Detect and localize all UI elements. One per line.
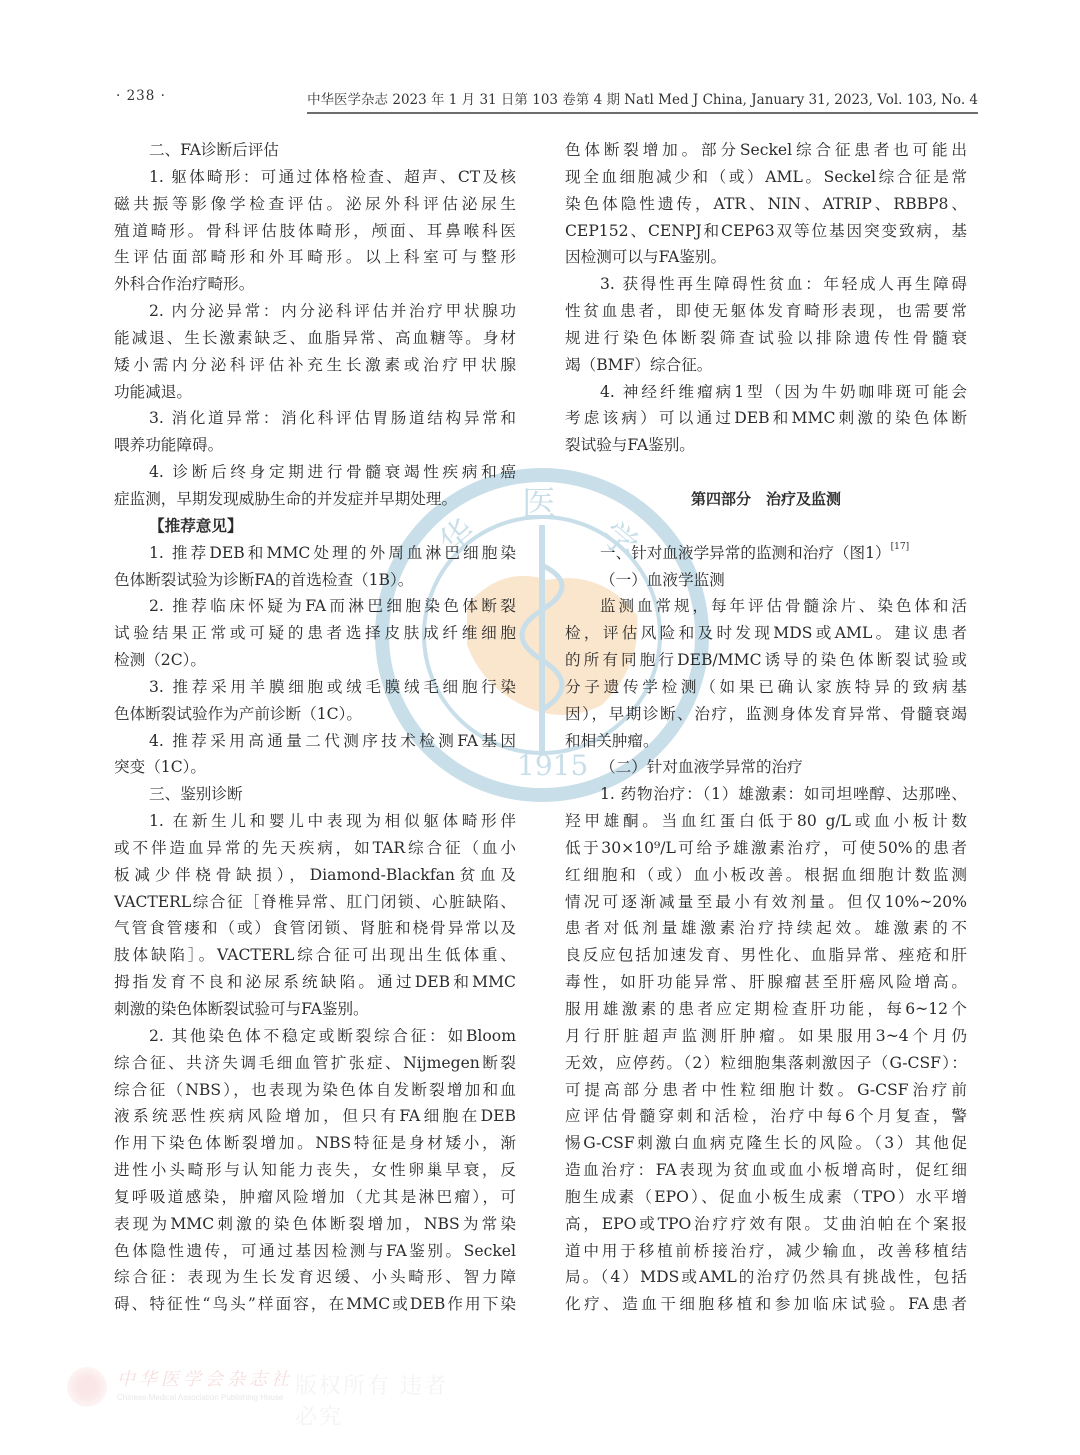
body-line: 无效，应停药。（2）粒细胞集落刺激因子（G-CSF）： (565, 1050, 967, 1077)
body-line: 2. 其他染色体不稳定或断裂综合征：如Bloom (114, 1023, 516, 1050)
body-line: 染色体隐性遗传，ATR、NIN、ATRIP、RBBP8、 (565, 191, 967, 218)
body-line: 羟甲雄酮。当血红蛋白低于80 g/L或血小板计数 (565, 808, 967, 835)
body-line: 进性小头畸形与认知能力丧失，女性卵巢早衰，反 (114, 1157, 516, 1184)
body-line: 1. 躯体畸形：可通过体格检查、超声、CT及核 (114, 164, 516, 191)
body-line: 高，EPO或TPO治疗疗效有限。艾曲泊帕在个案报 (565, 1211, 967, 1238)
body-line: 服用雄激素的患者应定期检查肝功能，每6~12个 (565, 996, 967, 1023)
watermark-char: 医 (522, 484, 556, 524)
body-line: 色体断裂试验作为产前诊断（1C）。 (114, 701, 516, 728)
section-heading: 一、针对血液学异常的监测和治疗（图1）[17] (565, 540, 967, 567)
body-line: 色体断裂增加。部分Seckel综合征患者也可能出 (565, 137, 967, 164)
body-line: 板减少伴桡骨缺损），Diamond-Blackfan贫血及 (114, 862, 516, 889)
body-line: 惕G-CSF刺激白血病克隆生长的风险。（3）其他促 (565, 1130, 967, 1157)
publisher-name-en: Chinese Medical Association Publishing H… (117, 1393, 283, 1402)
body-line: 4. 诊断后终身定期进行骨髓衰竭性疾病和癌 (114, 459, 516, 486)
body-line: 表现为MMC刺激的染色体断裂增加，NBS为常染 (114, 1211, 516, 1238)
body-line: 局。（4）MDS或AML的治疗仍然具有挑战性，包括 (565, 1264, 967, 1291)
body-line: 检测（2C）。 (114, 647, 516, 674)
body-line: 患者对低剂量雄激素治疗持续起效。雄激素的不 (565, 915, 967, 942)
body-line: 4. 神经纤维瘤病1型（因为牛奶咖啡斑可能会 (565, 379, 967, 406)
body-line: 综合征：表现为生长发育迟缓、小头畸形、智力障 (114, 1264, 516, 1291)
body-line: 3. 推荐采用羊膜细胞或绒毛膜绒毛细胞行染 (114, 674, 516, 701)
left-column: 二、FA诊断后评估 1. 躯体畸形：可通过体格检查、超声、CT及核 磁共振等影像… (114, 137, 516, 1318)
body-line: 试验结果正常或可疑的患者选择皮肤成纤维细胞 (114, 620, 516, 647)
body-line: 或不伴造血异常的先天疾病，如TAR综合征（血小 (114, 835, 516, 862)
body-line: 胞生成素（EPO）、促血小板生成素（TPO）水平增 (565, 1184, 967, 1211)
body-line: 因），早期诊断、治疗，监测身体发育异常、骨髓衰竭 (565, 701, 967, 728)
body-line: 碍、特征性“鸟头”样面容，在MMC或DEB作用下染 (114, 1291, 516, 1318)
body-line: 造血治疗：FA表现为贫血或血小板增高时，促红细 (565, 1157, 967, 1184)
body-line: 1. 推荐DEB和MMC处理的外周血淋巴细胞染 (114, 540, 516, 567)
body-line: 能减退、生长激素缺乏、血脂异常、高血糖等。身材 (114, 325, 516, 352)
body-line: 症监测，早期发现威胁生命的并发症并早期处理。 (114, 486, 516, 513)
body-line: 2. 内分泌异常：内分泌科评估并治疗甲状腺功 (114, 298, 516, 325)
recommendation-heading: 【推荐意见】 (114, 513, 516, 540)
subsection-heading: （一）血液学监测 (565, 567, 967, 594)
publisher-name-cn: 中华医学会杂志社 (117, 1365, 293, 1391)
copyright-notice: 版权所有 违者必究 (295, 1369, 455, 1431)
body-line: 性贫血患者，即使无躯体发育畸形表现，也需要常 (565, 298, 967, 325)
body-line: 的所有同胞行DEB/MMC诱导的染色体断裂试验或 (565, 647, 967, 674)
body-line: 突变（1C）。 (114, 754, 516, 781)
section-heading: 三、鉴别诊断 (114, 781, 516, 808)
body-line: 裂试验与FA鉴别。 (565, 432, 967, 459)
journal-citation: 中华医学杂志 2023 年 1 月 31 日第 103 卷第 4 期 Natl … (307, 88, 978, 114)
body-line: 喂养功能障碍。 (114, 432, 516, 459)
body-line: CEP152、CENPJ和CEP63双等位基因突变致病，基 (565, 218, 967, 245)
body-line: 规进行染色体断裂筛查试验以排除遗传性骨髓衰 (565, 325, 967, 352)
body-line: 化疗、造血干细胞移植和参加临床试验。FA患者 (565, 1291, 967, 1318)
body-line: 液系统恶性疾病风险增加，但只有FA细胞在DEB (114, 1103, 516, 1130)
body-line: 刺激的染色体断裂试验可与FA鉴别。 (114, 996, 516, 1023)
body-line: 现全血细胞减少和（或）AML。Seckel综合征是常 (565, 164, 967, 191)
spacer (565, 459, 967, 486)
body-line: 气管食管瘘和（或）食管闭锁、肾脏和桡骨异常以及 (114, 915, 516, 942)
body-line: 外科合作治疗畸形。 (114, 271, 516, 298)
body-line: 毒性，如肝功能异常、肝腺瘤甚至肝癌风险增高。 (565, 969, 967, 996)
body-line: 复呼吸道感染，肿瘤风险增加（尤其是淋巴瘤），可 (114, 1184, 516, 1211)
body-line: 3. 消化道异常：消化科评估胃肠道结构异常和 (114, 405, 516, 432)
body-line: 肢体缺陷］。VACTERL综合征可出现出生低体重、 (114, 942, 516, 969)
body-line: VACTERL综合征［脊椎异常、肛门闭锁、心脏缺陷、 (114, 889, 516, 916)
body-line: 因检测可以与FA鉴别。 (565, 244, 967, 271)
body-line: 红细胞和（或）血小板改善。根据血细胞计数监测 (565, 862, 967, 889)
citation-ref[interactable]: [17] (891, 542, 909, 552)
part-title: 第四部分 治疗及监测 (565, 486, 967, 513)
body-line: 综合征（NBS），也表现为染色体自发断裂增加和血 (114, 1077, 516, 1104)
body-line: 监测血常规，每年评估骨髓涂片、染色体和活 (565, 593, 967, 620)
body-line: 4. 推荐采用高通量二代测序技术检测FA基因 (114, 728, 516, 755)
body-line: 考虑该病）可以通过DEB和MMC刺激的染色体断 (565, 405, 967, 432)
body-line: 分子遗传学检测（如果已确认家族特异的致病基 (565, 674, 967, 701)
body-line: 1. 药物治疗：（1）雄激素：如司坦唑醇、达那唑、 (565, 781, 967, 808)
subsection-heading: （二）针对血液学异常的治疗 (565, 754, 967, 781)
body-line: 作用下染色体断裂增加。NBS特征是身材矮小，渐 (114, 1130, 516, 1157)
body-line: 情况可逐渐减量至最小有效剂量。但仅10%~20% (565, 889, 967, 916)
body-line: 殖道畸形。骨科评估肢体畸形，颅面、耳鼻喉科医 (114, 218, 516, 245)
body-line: 应评估骨髓穿刺和活检，治疗中每6个月复查，警 (565, 1103, 967, 1130)
section-heading: 二、FA诊断后评估 (114, 137, 516, 164)
body-line: 拇指发育不良和泌尿系统缺陷。通过DEB和MMC (114, 969, 516, 996)
publisher-logo-icon (67, 1367, 107, 1407)
body-line: 检，评估风险和及时发现MDS或AML。建议患者 (565, 620, 967, 647)
body-line: 色体断裂试验为诊断FA的首选检查（1B）。 (114, 567, 516, 594)
body-line: 可提高部分患者中性粒细胞计数。G-CSF治疗前 (565, 1077, 967, 1104)
body-line: 竭（BMF）综合征。 (565, 352, 967, 379)
body-line: 3. 获得性再生障碍性贫血：年轻成人再生障碍 (565, 271, 967, 298)
body-line: 色体隐性遗传，可通过基因检测与FA鉴别。Seckel (114, 1238, 516, 1265)
body-line: 和相关肿瘤。 (565, 728, 967, 755)
right-column: 色体断裂增加。部分Seckel综合征患者也可能出 现全血细胞减少和（或）AML。… (565, 137, 967, 1318)
body-line: 道中用于移植前桥接治疗，减少输血，改善移植结 (565, 1238, 967, 1265)
publisher-watermark: 中华医学会杂志社 Chinese Medical Association Pub… (55, 1365, 455, 1420)
body-line: 综合征、共济失调毛细血管扩张症、Nijmegen断裂 (114, 1050, 516, 1077)
body-line: 1. 在新生儿和婴儿中表现为相似躯体畸形伴 (114, 808, 516, 835)
body-line: 矮小需内分泌科评估补充生长激素或治疗甲状腺 (114, 352, 516, 379)
body-line: 月行肝脏超声监测肝肿瘤。如果服用3~4个月仍 (565, 1023, 967, 1050)
body-line: 磁共振等影像学检查评估。泌尿外科评估泌尿生 (114, 191, 516, 218)
body-line: 生评估面部畸形和外耳畸形。以上科室可与整形 (114, 244, 516, 271)
body-line: 低于30×10⁹/L可给予雄激素治疗，可使50%的患者 (565, 835, 967, 862)
spacer (565, 513, 967, 540)
body-line: 功能减退。 (114, 379, 516, 406)
body-line: 2. 推荐临床怀疑为FA而淋巴细胞染色体断裂 (114, 593, 516, 620)
body-line: 良反应包括加速发育、男性化、血脂异常、痤疮和肝 (565, 942, 967, 969)
page-number: · 238 · (116, 88, 166, 104)
page-header: · 238 · 中华医学杂志 2023 年 1 月 31 日第 103 卷第 4… (110, 86, 978, 110)
